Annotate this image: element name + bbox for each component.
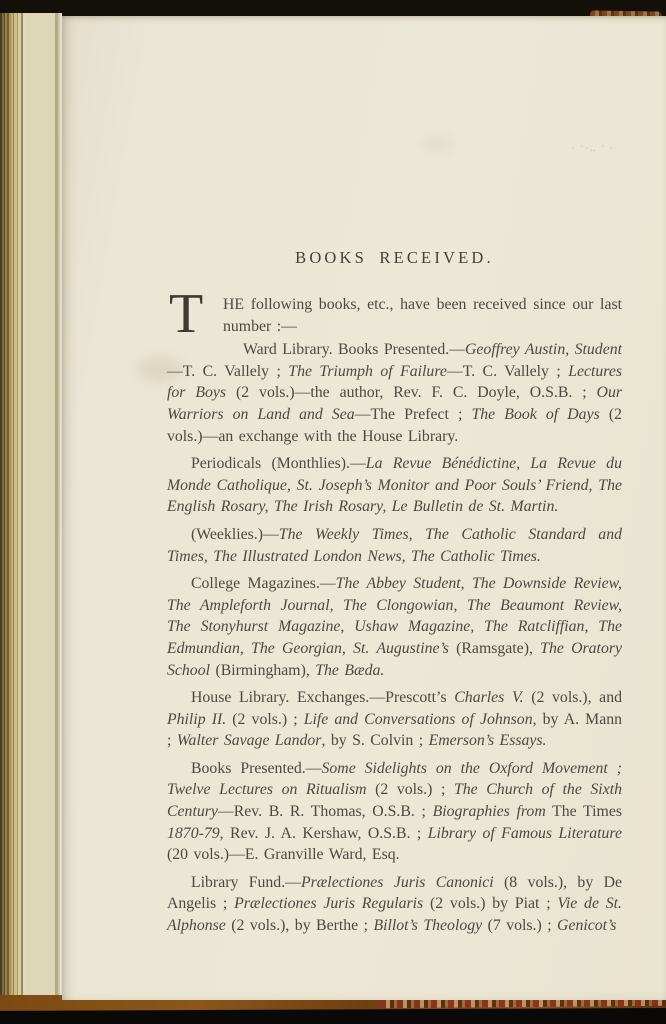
text-run: (2 vols.), by Berthe ; <box>226 917 374 934</box>
text-run: (2 vols.), and <box>524 689 622 706</box>
text-run: Life and Conversations of Johnson <box>304 711 533 728</box>
text-run: —T. C. Vallely ; <box>167 363 288 380</box>
text-run: , by S. Colvin ; <box>321 732 428 749</box>
text-run: (2 vols.) by Piat ; <box>423 895 557 912</box>
paragraphs: Ward Library. Books Presented.—Geoffrey … <box>167 339 622 936</box>
scan-background: { "scan": { "smudge_mark": "· ˙·‥ ˙ ·" }… <box>0 0 666 1024</box>
text-run: Ward Library. Books Presented.— <box>243 341 465 358</box>
text-run: Philip II. <box>167 711 226 728</box>
text-run: Books Presented.— <box>191 760 321 777</box>
text-run: Library Fund.— <box>191 874 301 891</box>
opening-paragraph: THE following books, etc., have been rec… <box>167 294 622 337</box>
text-run: The Times <box>546 803 622 820</box>
text-run: (2 vols.)—the author, Rev. F. C. Doyle, … <box>226 384 596 401</box>
text-run: Genicot’s <box>557 917 616 934</box>
periodicals-monthlies-paragraph: Periodicals (Monthlies).—La Revue Bénédi… <box>167 453 622 518</box>
pencil-smudge: · ˙·‥ ˙ · <box>572 144 632 156</box>
text-run: Biographies from <box>433 803 546 820</box>
text-run: —T. C. Vallely ; <box>447 363 568 380</box>
text-run: Prælectiones Juris Regularis <box>234 895 423 912</box>
text-run: Geoffrey Austin, Student <box>465 341 622 358</box>
text-run: Library of Famous Literature <box>428 825 622 842</box>
book-page-edges <box>0 13 62 1006</box>
text-run: 1870-79 <box>167 825 220 842</box>
books-presented-paragraph: Books Presented.—Some Sidelights on the … <box>167 758 622 866</box>
drop-cap: T <box>167 294 223 336</box>
text-run: Walter Savage Landor <box>177 732 322 749</box>
text-run: (Birmingham), <box>210 662 315 679</box>
text-run: Emerson’s Essays. <box>429 732 547 749</box>
weeklies-paragraph: (Weeklies.)—The Weekly Times, The Cathol… <box>167 524 622 567</box>
text-run: (Weeklies.)— <box>191 526 279 543</box>
text-run: —The Prefect ; <box>355 406 472 423</box>
house-library-paragraph: House Library. Exchanges.—Prescott’s Cha… <box>167 687 622 752</box>
text-run: (7 vols.) ; <box>482 917 557 934</box>
text-run: (2 vols.) ; <box>226 711 304 728</box>
text-run: —Rev. B. R. Thomas, O.S.B. ; <box>218 803 433 820</box>
opening-text: HE following books, etc., have been rece… <box>223 296 622 335</box>
text-run: The Bæda. <box>315 662 384 679</box>
text-run: College Magazines.— <box>191 575 336 592</box>
text-run: (2 vols.) ; <box>367 781 454 798</box>
ward-library-paragraph: Ward Library. Books Presented.—Geoffrey … <box>167 339 622 447</box>
text-run: (Ramsgate), <box>449 640 540 657</box>
page-heading: BOOKS RECEIVED. <box>167 248 622 268</box>
page-body: THE following books, etc., have been rec… <box>167 294 622 937</box>
book-page: · ˙·‥ ˙ · BOOKS RECEIVED. THE following … <box>62 16 666 1000</box>
text-run: Charles V. <box>454 689 523 706</box>
page-stain <box>137 356 183 382</box>
text-run: , Rev. J. A. Kershaw, O.S.B. ; <box>220 825 428 842</box>
text-run: Prælectiones Juris Canonici <box>301 874 494 891</box>
page-stain <box>422 136 452 152</box>
text-run: The Book of Days <box>472 406 600 423</box>
text-run: Periodicals (Monthlies).— <box>191 455 366 472</box>
college-magazines-paragraph: College Magazines.—The Abbey Student, Th… <box>167 573 622 681</box>
text-run: The Triumph of Failure <box>288 363 447 380</box>
text-run: House Library. Exchanges.—Prescott’s <box>191 689 454 706</box>
text-run: (20 vols.)—E. Granville Ward, Esq. <box>167 846 400 863</box>
text-run: Billot’s Theology <box>373 917 482 934</box>
library-fund-paragraph: Library Fund.—Prælectiones Juris Canonic… <box>167 872 622 937</box>
scan-bottom-band <box>0 1008 666 1024</box>
